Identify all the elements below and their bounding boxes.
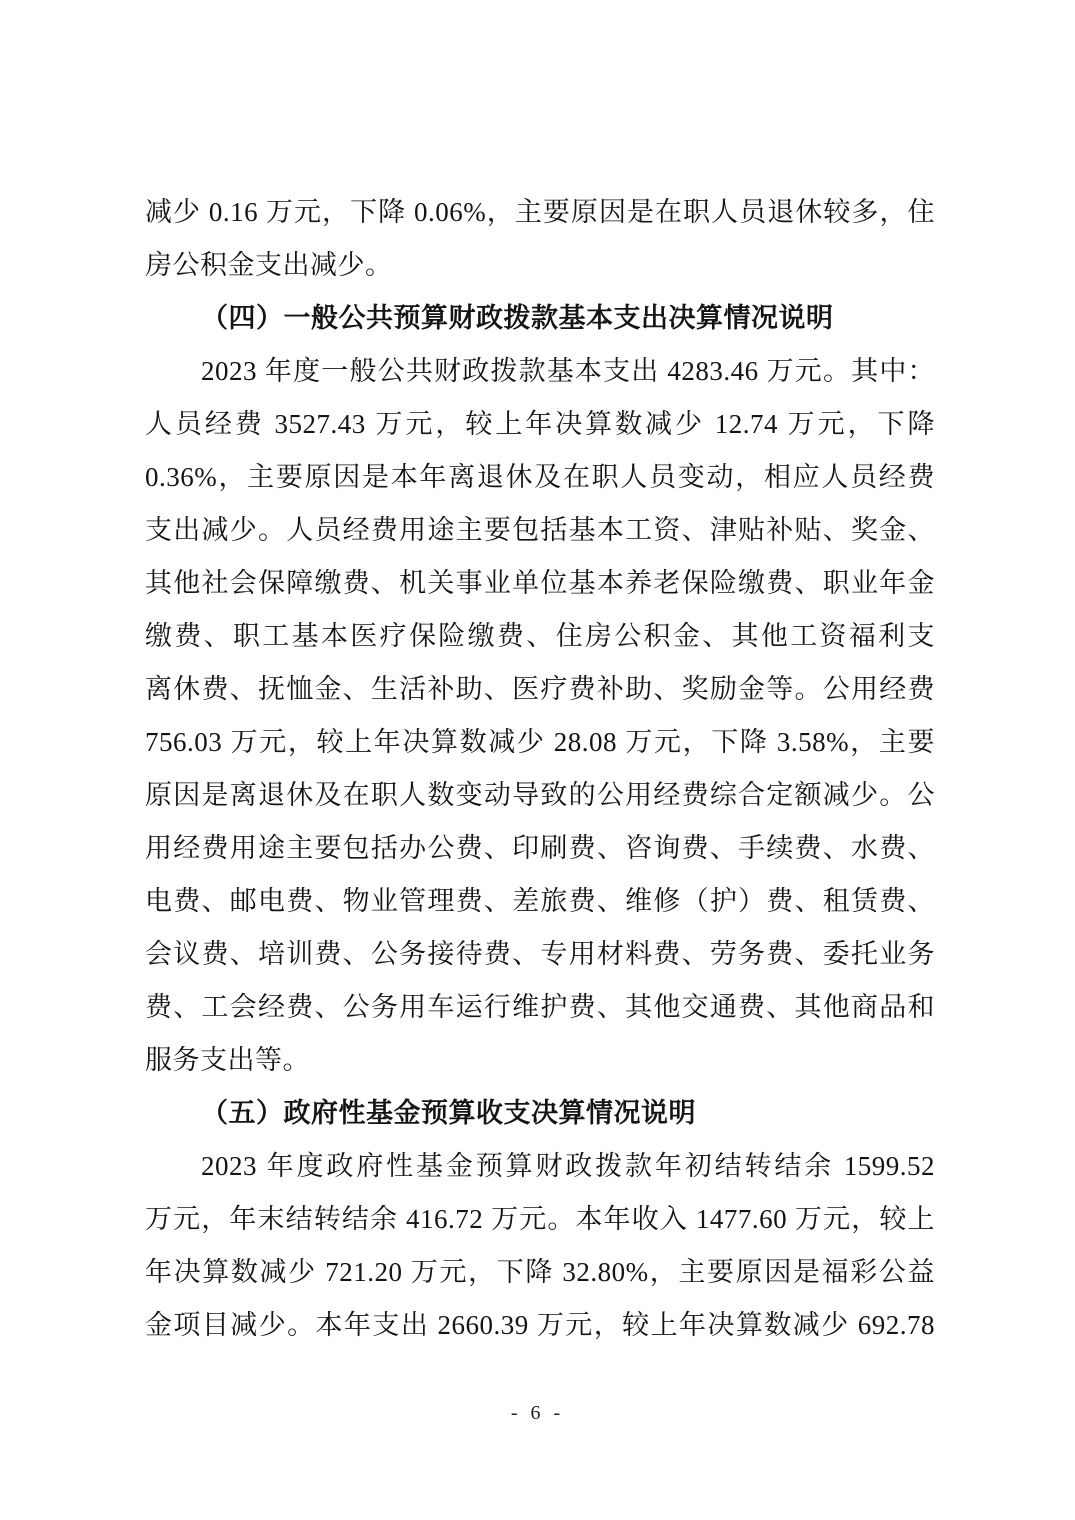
text-line: 会议费、培训费、公务接待费、专用材料费、劳务费、委托业务: [145, 928, 935, 981]
text-line: 2023 年度一般公共财政拨款基本支出 4283.46 万元。其中：: [145, 345, 935, 398]
text-line: 用经费用途主要包括办公费、印刷费、咨询费、手续费、水费、: [145, 822, 935, 875]
text-line: 费、工会经费、公务用车运行维护费、其他交通费、其他商品和: [145, 981, 935, 1034]
text-line: 年决算数减少 721.20 万元，下降 32.80%，主要原因是福彩公益: [145, 1246, 935, 1299]
section-heading: （四）一般公共预算财政拨款基本支出决算情况说明: [145, 292, 935, 345]
text-line: 原因是离退休及在职人数变动导致的公用经费综合定额减少。公: [145, 769, 935, 822]
text-line: 金项目减少。本年支出 2660.39 万元，较上年决算数减少 692.78: [145, 1299, 935, 1352]
text-line: 房公积金支出减少。: [145, 239, 935, 292]
text-line: 人员经费 3527.43 万元，较上年决算数减少 12.74 万元，下降: [145, 398, 935, 451]
text-line: 其他社会保障缴费、机关事业单位基本养老保险缴费、职业年金: [145, 557, 935, 610]
text-line: 服务支出等。: [145, 1034, 935, 1087]
document-page: 减少 0.16 万元，下降 0.06%，主要原因是在职人员退休较多，住房公积金支…: [0, 0, 1075, 1520]
document-body: 减少 0.16 万元，下降 0.06%，主要原因是在职人员退休较多，住房公积金支…: [145, 186, 935, 1352]
text-line: 电费、邮电费、物业管理费、差旅费、维修（护）费、租赁费、: [145, 875, 935, 928]
page-number: - 6 -: [511, 1402, 564, 1424]
text-line: 缴费、职工基本医疗保险缴费、住房公积金、其他工资福利支出、: [145, 610, 935, 663]
text-line: 756.03 万元，较上年决算数减少 28.08 万元，下降 3.58%，主要: [145, 716, 935, 769]
text-line: 支出减少。人员经费用途主要包括基本工资、津贴补贴、奖金、: [145, 504, 935, 557]
page-footer: - 6 -: [0, 1402, 1075, 1425]
text-line: 0.36%，主要原因是本年离退休及在职人员变动，相应人员经费: [145, 451, 935, 504]
text-line: 离休费、抚恤金、生活补助、医疗费补助、奖励金等。公用经费: [145, 663, 935, 716]
section-heading: （五）政府性基金预算收支决算情况说明: [145, 1087, 935, 1140]
text-line: 2023 年度政府性基金预算财政拨款年初结转结余 1599.52: [145, 1140, 935, 1193]
text-line: 万元，年末结转结余 416.72 万元。本年收入 1477.60 万元，较上: [145, 1193, 935, 1246]
text-line: 减少 0.16 万元，下降 0.06%，主要原因是在职人员退休较多，住: [145, 186, 935, 239]
